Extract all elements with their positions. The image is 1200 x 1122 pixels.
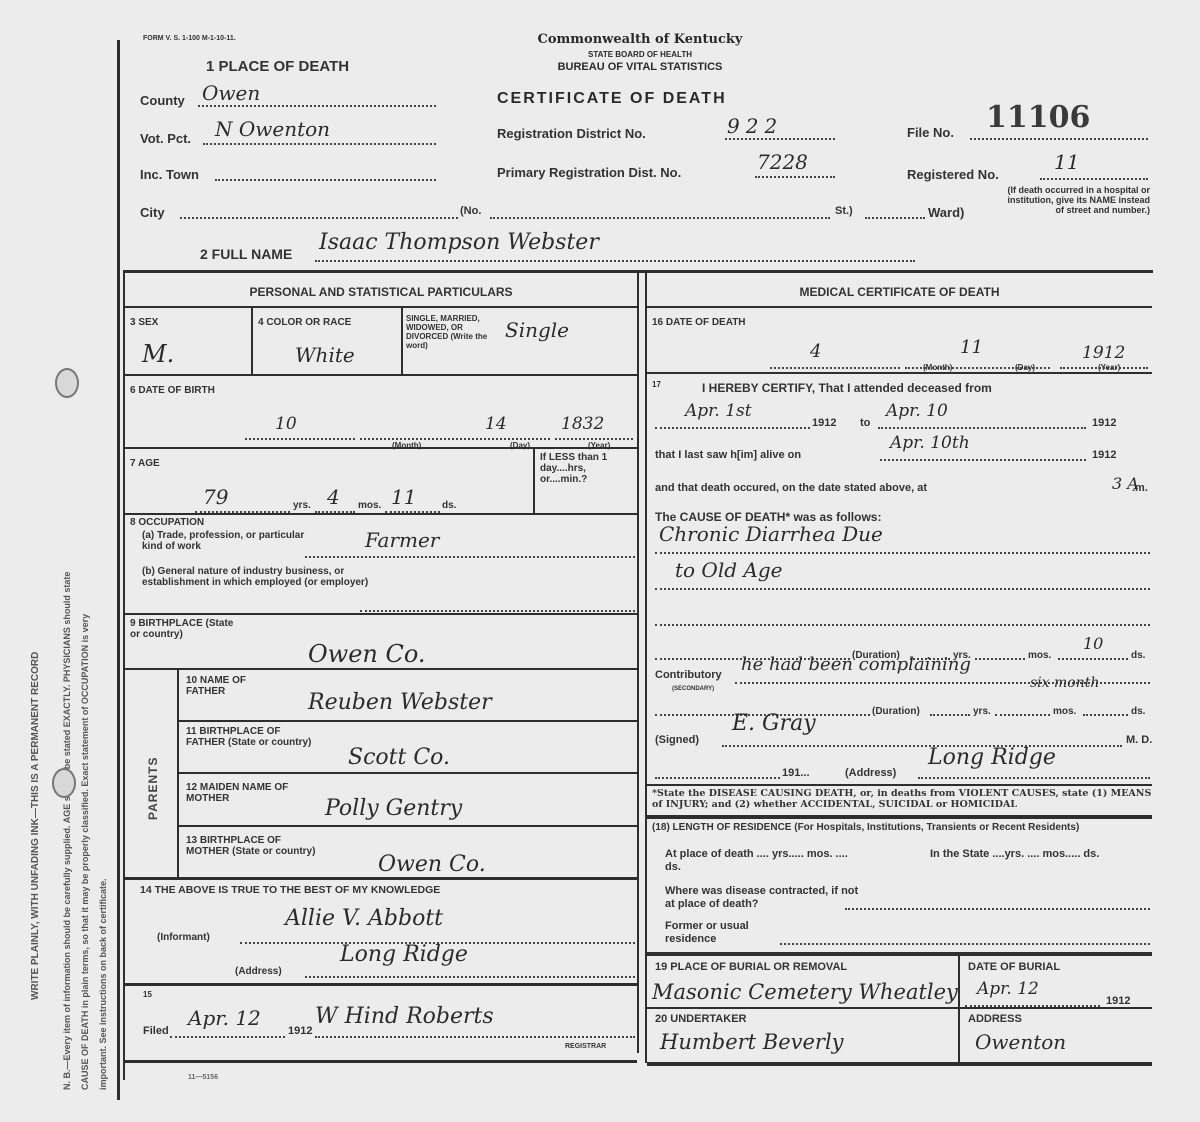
sex-value[interactable]: M.	[142, 340, 174, 368]
physician-signature: E. Gray	[732, 711, 816, 736]
filed-label: Filed	[143, 1026, 169, 1037]
divider	[647, 815, 1152, 819]
primary-registration-label: Primary Registration Dist. No.	[497, 165, 681, 180]
race-value[interactable]: White	[295, 343, 355, 367]
primary-registration-value: 7228	[757, 150, 808, 174]
contracted-label: Where was disease contracted, if not at …	[665, 885, 865, 911]
divider	[125, 877, 637, 880]
undertaker-value[interactable]: Humbert Beverly	[660, 1030, 844, 1054]
city-field[interactable]	[180, 201, 458, 219]
divider	[647, 372, 1152, 374]
father-birthplace-label: 11 BIRTHPLACE OF FATHER (State or countr…	[186, 726, 316, 748]
cause-duration-days-value: 10	[1083, 634, 1103, 653]
personal-heading: PERSONAL AND STATISTICAL PARTICULARS	[125, 285, 637, 299]
contributory-duration-mos[interactable]	[995, 702, 1050, 716]
residence-heading: (18) LENGTH OF RESIDENCE (For Hospitals,…	[652, 822, 1152, 833]
informant-label: (Informant)	[157, 932, 210, 943]
primary-registration-field[interactable]: 7228	[755, 158, 835, 178]
physician-address-field[interactable]: Long Ridge	[918, 765, 1150, 779]
age-years-unit: yrs.	[293, 500, 311, 511]
mother-name-value[interactable]: Polly Gentry	[325, 796, 462, 821]
margin-text-1: WRITE PLAINLY, WITH UNFADING INK—THIS IS…	[30, 652, 41, 1000]
certificate-title: CERTIFICATE OF DEATH	[497, 90, 727, 108]
dob-year-field[interactable]: 1832	[555, 422, 633, 440]
cause-line-1-value: Chronic Diarrhea Due	[659, 522, 883, 546]
informant-address-field[interactable]: Long Ridge	[305, 964, 635, 978]
less-than-label: If LESS than 1 day....hrs, or....min.?	[540, 452, 635, 485]
true-statement-label: 14 THE ABOVE IS TRUE TO THE BEST OF MY K…	[140, 885, 440, 896]
divider	[251, 308, 253, 374]
item-17-number: 17	[652, 380, 661, 389]
divider	[179, 825, 637, 827]
father-name-value[interactable]: Reuben Webster	[308, 690, 492, 715]
age-months-field[interactable]: 4	[315, 495, 355, 513]
contributory-duration-days[interactable]	[1083, 702, 1128, 716]
last-saw-year: 1912	[1092, 450, 1116, 461]
footnote: *State the DISEASE CAUSING DEATH, or, in…	[652, 788, 1152, 810]
medical-heading: MEDICAL CERTIFICATE OF DEATH	[647, 285, 1152, 299]
county-value: Owen	[202, 81, 260, 105]
left-border	[117, 40, 120, 1100]
registered-no-label: Registered No.	[907, 167, 999, 182]
dod-year-value: 1912	[1082, 343, 1125, 363]
city-st-label: St.)	[835, 205, 853, 217]
occupation-value: Farmer	[365, 528, 439, 552]
occupation-b-label: (b) General nature of industry business,…	[142, 566, 372, 588]
vot-pct-value: N Owenton	[215, 117, 330, 141]
former-residence-field[interactable]	[780, 931, 1150, 945]
burial-place-value[interactable]: Masonic Cemetery Wheatley	[652, 980, 958, 1004]
cause-line-2[interactable]: to Old Age	[655, 576, 1150, 590]
contributory-duration-label: (Duration)	[872, 706, 920, 717]
punch-hole-bottom	[52, 768, 76, 798]
inc-town-label: Inc. Town	[140, 167, 199, 182]
item-15-number: 15	[143, 990, 152, 999]
informant-address-label: (Address)	[235, 966, 282, 977]
filed-date-field[interactable]: Apr. 12	[170, 1024, 285, 1038]
burial-date-field[interactable]: Apr. 12	[965, 995, 1100, 1007]
dod-year-caption: (Year)	[1098, 363, 1120, 372]
margin-text-2: N. B.—Every item of information should b…	[62, 572, 72, 1090]
attended-from-field[interactable]: Apr. 1st	[655, 415, 810, 429]
date-of-death-label: 16 DATE OF DEATH	[652, 317, 746, 328]
registered-no-field[interactable]: 11	[1040, 160, 1148, 180]
undertaker-label: 20 UNDERTAKER	[655, 1014, 746, 1025]
divider	[647, 1007, 1152, 1009]
header-block: Commonwealth of Kentucky STATE BOARD OF …	[495, 32, 785, 73]
divider	[125, 668, 637, 670]
place-of-death-heading: 1 PLACE OF DEATH	[206, 58, 349, 75]
registration-district-field[interactable]: 922	[725, 120, 835, 140]
street-field[interactable]	[490, 201, 830, 219]
cause-line-3[interactable]	[655, 612, 1150, 626]
divider	[647, 784, 1152, 786]
cause-duration-days[interactable]: 10	[1058, 646, 1128, 660]
divider	[125, 447, 637, 449]
divider	[533, 449, 535, 513]
burial-place-label: 19 PLACE OF BURIAL OR REMOVAL	[655, 962, 847, 973]
signed-label: (Signed)	[655, 735, 699, 746]
age-days-value: 11	[391, 485, 416, 509]
mother-birthplace-label: 13 BIRTHPLACE OF MOTHER (State or countr…	[186, 835, 316, 857]
father-birthplace-value[interactable]: Scott Co.	[348, 745, 450, 770]
cause-duration-mos-unit: mos.	[1028, 650, 1051, 661]
dod-day-caption: (Day)	[1015, 363, 1035, 372]
left-border-inner	[123, 270, 125, 1080]
divider	[125, 1060, 637, 1063]
age-days-unit: ds.	[442, 500, 456, 511]
file-no-label: File No.	[907, 125, 954, 140]
cause-line-2-value: to Old Age	[675, 558, 782, 582]
left-panel-right-border	[637, 273, 639, 1053]
cause-duration-days-unit: ds.	[1131, 650, 1145, 661]
mother-birthplace-value[interactable]: Owen Co.	[378, 852, 486, 877]
secondary-label: (SECONDARY)	[672, 685, 714, 694]
filed-date-value: Apr. 12	[188, 1006, 261, 1030]
board-title: STATE BOARD OF HEALTH	[495, 50, 785, 59]
divider	[125, 983, 637, 986]
age-years-field[interactable]: 79	[195, 495, 290, 513]
dob-month-field[interactable]: 10	[245, 422, 355, 440]
divider	[179, 720, 637, 722]
filed-year: 1912	[288, 1026, 312, 1037]
divider	[125, 613, 637, 615]
dod-day-value: 11	[960, 337, 983, 358]
md-label: M. D.	[1126, 735, 1152, 746]
last-saw-value: Apr. 10th	[890, 433, 970, 453]
full-name-label: 2 FULL NAME	[200, 246, 292, 262]
county-field[interactable]: Owen	[198, 87, 436, 107]
parents-label: PARENTS	[146, 757, 160, 820]
age-months-unit: mos.	[358, 500, 381, 511]
at-place-label: At place of death .... yrs..... mos. ...…	[665, 848, 855, 874]
file-no-field[interactable]: 11106	[970, 118, 1148, 140]
registrar-label: REGISTRAR	[565, 1042, 606, 1051]
race-label: 4 COLOR OR RACE	[258, 317, 351, 328]
right-panel-left-border	[645, 273, 647, 1063]
dod-month-caption: (Month)	[923, 363, 952, 372]
full-name-value: Isaac Thompson Webster	[319, 230, 599, 255]
informant-value: Allie V. Abbott	[285, 906, 443, 931]
burial-date-value: Apr. 12	[977, 979, 1039, 999]
marital-value[interactable]: Single	[505, 318, 569, 342]
occupation-field[interactable]: Farmer	[305, 542, 635, 558]
death-time-label: and that death occured, on the date stat…	[655, 483, 927, 494]
city-label: City	[140, 205, 165, 220]
marital-label: SINGLE, MARRIED, WIDOWED, OR DIVORCED (W…	[406, 314, 496, 350]
dob-day-field[interactable]: 14	[360, 422, 550, 440]
physician-address-label: (Address)	[845, 768, 896, 779]
vot-pct-field[interactable]: N Owenton	[203, 125, 436, 145]
cause-line-1[interactable]: Chronic Diarrhea Due	[655, 540, 1150, 554]
birthplace-label: 9 BIRTHPLACE (State or country)	[130, 618, 240, 640]
signed-date-field[interactable]	[655, 765, 780, 779]
burial-year: 1912	[1106, 996, 1130, 1007]
margin-text-4: important. See instructions on back of c…	[98, 878, 108, 1090]
last-saw-label: that I last saw h[im] alive on	[655, 450, 801, 461]
form-number: FORM V. S. 1-100 M-1-10-11.	[143, 34, 236, 43]
contributory-label: Contributory	[655, 670, 722, 681]
punch-hole-top	[55, 368, 79, 398]
registrar-signature: W Hind Roberts	[315, 1004, 494, 1029]
occupation-a-label: (a) Trade, profession, or particular kin…	[142, 530, 322, 552]
registration-district-label: Registration District No.	[497, 126, 646, 141]
occupation-label: 8 OCCUPATION	[130, 517, 204, 528]
physician-signature-field[interactable]: E. Gray	[722, 733, 1122, 747]
former-residence-label: Former or usual residence	[665, 920, 775, 946]
sex-label: 3 SEX	[130, 317, 158, 328]
ward-label: Ward)	[928, 205, 964, 220]
divider	[179, 772, 637, 774]
physician-address-value: Long Ridge	[928, 745, 1056, 770]
contributory-line2-value: six month	[1030, 675, 1099, 691]
in-state-label: In the State ....yrs. .... mos..... ds.	[930, 848, 1150, 861]
dob-day-value: 14	[485, 414, 507, 434]
father-name-label: 10 NAME OF FATHER	[186, 675, 266, 697]
divider	[647, 952, 1152, 956]
dob-month-value: 10	[275, 414, 297, 434]
attended-from-value: Apr. 1st	[685, 401, 752, 421]
margin-text-3: CAUSE OF DEATH in plain terms, so that i…	[80, 614, 90, 1090]
death-time-suffix: .m.	[1132, 483, 1148, 494]
signed-year-label: 191...	[782, 768, 810, 779]
registered-no-value: 11	[1054, 150, 1079, 174]
contributory-mos-unit: mos.	[1053, 706, 1076, 717]
attended-to-year: 1912	[1092, 418, 1116, 429]
footer-code: 11—5156	[188, 1073, 218, 1082]
attended-from-year: 1912	[812, 418, 836, 429]
age-months-value: 4	[327, 485, 340, 509]
age-label: 7 AGE	[130, 458, 160, 469]
certify-text: I HEREBY CERTIFY, That I attended deceas…	[702, 381, 992, 395]
dod-month-field[interactable]: 4	[770, 353, 900, 369]
divider-bottom	[647, 1062, 1152, 1066]
dod-month-value: 4	[810, 341, 821, 362]
divider	[401, 308, 403, 374]
to-label: to	[860, 418, 870, 429]
mother-name-label: 12 MAIDEN NAME OF MOTHER	[186, 782, 326, 804]
hospital-note: (If death occurred in a hospital or inst…	[1005, 185, 1150, 215]
informant-address-value: Long Ridge	[340, 942, 468, 967]
attended-to-value: Apr. 10	[886, 401, 948, 421]
cause-duration-mos[interactable]	[975, 646, 1025, 660]
contracted-field[interactable]	[845, 896, 1150, 910]
registration-district-value: 922	[727, 114, 783, 138]
dob-label: 6 DATE OF BIRTH	[130, 385, 215, 396]
divider	[177, 670, 179, 878]
contributory-duration-yrs[interactable]	[930, 702, 970, 716]
age-years-value: 79	[203, 485, 228, 509]
contributory-value: he had been complaining	[741, 654, 971, 675]
last-saw-field[interactable]: Apr. 10th	[880, 447, 1086, 461]
contributory-yrs-unit: yrs.	[973, 706, 991, 717]
undertaker-address-value[interactable]: Owenton	[975, 1030, 1066, 1054]
dob-year-value: 1832	[561, 414, 604, 434]
inc-town-field[interactable]	[215, 163, 436, 181]
file-no-value: 11106	[986, 100, 1090, 135]
full-name-field[interactable]: Isaac Thompson Webster	[315, 240, 915, 262]
ward-field[interactable]	[865, 201, 925, 219]
commonwealth-title: Commonwealth of Kentucky	[495, 32, 785, 47]
bureau-title: BUREAU OF VITAL STATISTICS	[495, 61, 785, 73]
divider	[125, 513, 637, 515]
divider	[125, 306, 637, 308]
attended-to-field[interactable]: Apr. 10	[878, 415, 1086, 429]
burial-date-label: DATE OF BURIAL	[968, 962, 1060, 973]
vot-pct-label: Vot. Pct.	[140, 131, 191, 146]
contributory-days-unit: ds.	[1131, 706, 1145, 717]
divider	[125, 374, 637, 376]
city-no-label: (No.	[460, 205, 481, 217]
registrar-field[interactable]: W Hind Roberts	[315, 1024, 635, 1038]
divider	[647, 306, 1152, 308]
undertaker-address-label: ADDRESS	[968, 1014, 1022, 1025]
age-days-field[interactable]: 11	[385, 495, 440, 513]
county-label: County	[140, 93, 185, 108]
divider	[958, 956, 960, 1062]
birthplace-value[interactable]: Owen Co.	[308, 640, 426, 668]
employer-field[interactable]	[360, 598, 635, 612]
